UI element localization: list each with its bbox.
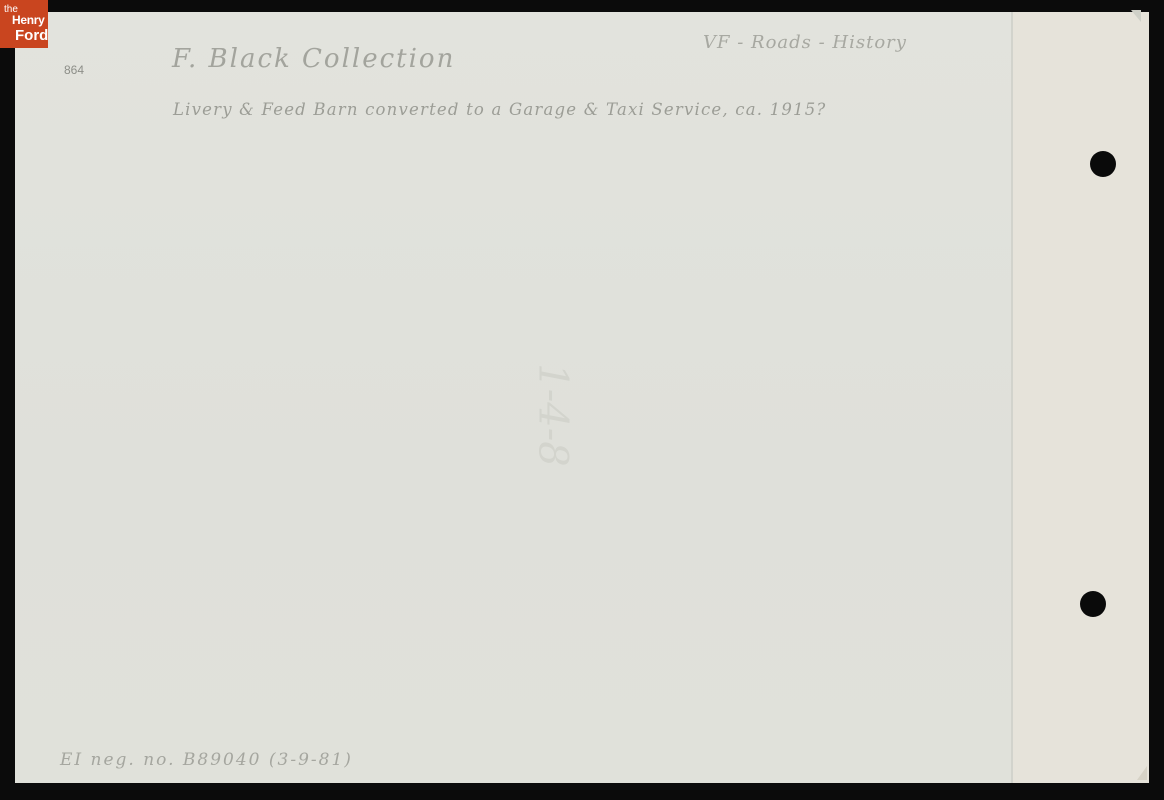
collection-title: F. Black Collection: [172, 44, 455, 74]
faint-pencil-mark: 1-4-8: [530, 363, 576, 466]
file-category: VF - Roads - History: [703, 32, 907, 53]
negative-number: EI neg. no. B89040 (3-9-81): [60, 750, 353, 770]
corner-fold-icon: [1137, 766, 1147, 780]
logo-text-ford: Ford: [15, 28, 48, 43]
archive-card: 864 F. Black Collection VF - Roads - His…: [15, 12, 1149, 783]
punch-hole-icon: [1080, 591, 1106, 617]
henry-ford-logo: the Henry Ford: [0, 0, 48, 48]
card-binding-flap: [1011, 12, 1149, 783]
photo-caption: Livery & Feed Barn converted to a Garage…: [173, 100, 826, 119]
card-face: [15, 12, 1011, 783]
punch-hole-icon: [1090, 151, 1116, 177]
stamp-number: 864: [64, 63, 84, 77]
logo-text-henry: Henry: [12, 14, 45, 26]
corner-fold-icon: [1131, 10, 1141, 22]
